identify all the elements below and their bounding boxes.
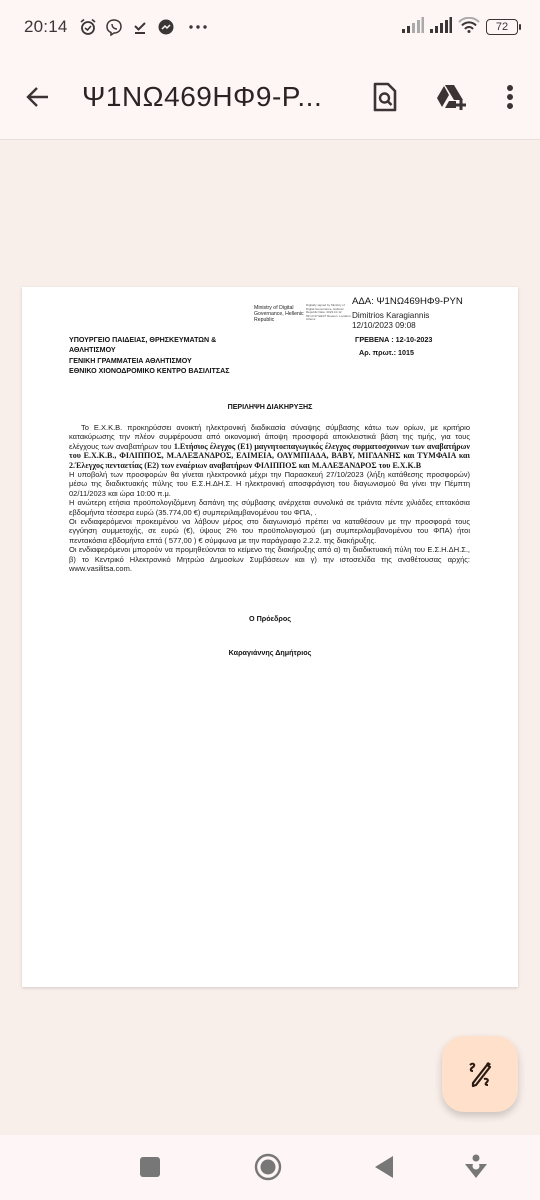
- status-bar: 20:14 72: [0, 0, 540, 54]
- pdf-viewer[interactable]: Ministry of Digital Governance, Hellenic…: [0, 141, 540, 1135]
- org-line: ΑΘΛΗΤΙΣΜΟΥ: [69, 345, 269, 355]
- paragraph-1: Το Ε.Χ.Κ.Β. προκηρύσσει ανοικτή ηλεκτρον…: [69, 423, 470, 470]
- battery-indicator: 72: [486, 19, 518, 35]
- home-button[interactable]: [250, 1149, 286, 1185]
- signature-details: Digitally signed by Ministry of Digital …: [306, 304, 352, 322]
- paragraph-3: Η ανώτερη ετήσια προϋπολογιζόμενη δαπάνη…: [69, 498, 470, 517]
- president-name: Καραγιάννης Δημήτριος: [22, 648, 518, 657]
- messenger-icon: [156, 17, 176, 37]
- wifi-icon: [458, 17, 480, 38]
- annotate-pen-icon: [465, 1059, 495, 1089]
- home-circle-icon: [254, 1153, 282, 1181]
- download-done-icon: [130, 17, 150, 37]
- paragraph-4: Οι ενδιαφερόμενοι προκειμένου να λάβουν …: [69, 517, 470, 545]
- city-date: ΓΡΕΒΕΝΑ : 12-10-2023: [355, 335, 432, 344]
- more-vert-icon: [506, 84, 514, 110]
- president-title: Ο Πρόεδρος: [22, 614, 518, 623]
- signer-info: Dimitrios Karagiannis 12/10/2023 09:08: [352, 311, 429, 331]
- protocol-number: Αρ. πρωτ.: 1015: [359, 348, 414, 357]
- back-triangle-icon: [374, 1155, 394, 1179]
- document-page: Ministry of Digital Governance, Hellenic…: [22, 287, 518, 987]
- drive-add-icon: [436, 83, 468, 111]
- search-document-button[interactable]: [365, 77, 405, 117]
- assistant-icon: [464, 1154, 488, 1180]
- signal-sim2-icon: [430, 17, 452, 38]
- viber-icon: [104, 17, 124, 37]
- document-heading: ΠΕΡΙΛΗΨΗ ΔΙΑΚΗΡΥΞΗΣ: [22, 403, 518, 411]
- signature-ministry: Ministry of Digital Governance, Hellenic…: [254, 305, 304, 323]
- back-button[interactable]: [18, 77, 58, 117]
- paragraph-5: Οι ενδιαφερόμενοι μπορούν να προμηθεύοντ…: [69, 545, 470, 573]
- assistant-button[interactable]: [458, 1149, 494, 1185]
- back-nav-button[interactable]: [366, 1149, 402, 1185]
- digital-signature-stamp: Ministry of Digital Governance, Hellenic…: [254, 305, 352, 323]
- org-line: ΕΘΝΙΚΟ ΧΙΟΝΟΔΡΟΜΙΚΟ ΚΕΝΤΡΟ ΒΑΣΙΛΙΤΣΑΣ: [69, 366, 269, 376]
- recents-button[interactable]: [132, 1149, 168, 1185]
- org-line: ΓΕΝΙΚΗ ΓΡΑΜΜΑΤΕΙΑ ΑΘΛΗΤΙΣΜΟΥ: [69, 356, 269, 366]
- organization-header: ΥΠΟΥΡΓΕΙΟ ΠΑΙΔΕΙΑΣ, ΘΡΗΣΚΕΥΜΑΤΩΝ & ΑΘΛΗΤ…: [69, 335, 269, 377]
- system-nav-bar: [0, 1135, 540, 1200]
- more-options-button[interactable]: [490, 77, 530, 117]
- status-time: 20:14: [24, 17, 68, 37]
- more-notifications-icon: [188, 17, 208, 37]
- document-body: Το Ε.Χ.Κ.Β. προκηρύσσει ανοικτή ηλεκτρον…: [69, 423, 470, 574]
- paragraph-2: Η υποβολή των προσφορών θα γίνεται ηλεκτ…: [69, 470, 470, 498]
- org-line: ΥΠΟΥΡΓΕΙΟ ΠΑΙΔΕΙΑΣ, ΘΡΗΣΚΕΥΜΑΤΩΝ &: [69, 335, 269, 345]
- add-to-drive-button[interactable]: [432, 77, 472, 117]
- recents-square-icon: [140, 1157, 160, 1177]
- signer-datetime: 12/10/2023 09:08: [352, 321, 429, 331]
- document-title: Ψ1ΝΩ469ΗΦ9-Ρ...: [82, 81, 352, 113]
- arrow-left-icon: [25, 84, 51, 110]
- ada-code: ΑΔΑ: Ψ1ΝΩ469ΗΦ9-ΡΥΝ: [352, 296, 463, 307]
- alarm-icon: [78, 17, 98, 37]
- doc-search-icon: [372, 82, 398, 112]
- signal-sim1-icon: [402, 17, 424, 38]
- annotate-fab-button[interactable]: [442, 1036, 518, 1112]
- signer-name: Dimitrios Karagiannis: [352, 311, 429, 321]
- app-bar: Ψ1ΝΩ469ΗΦ9-Ρ...: [0, 54, 540, 140]
